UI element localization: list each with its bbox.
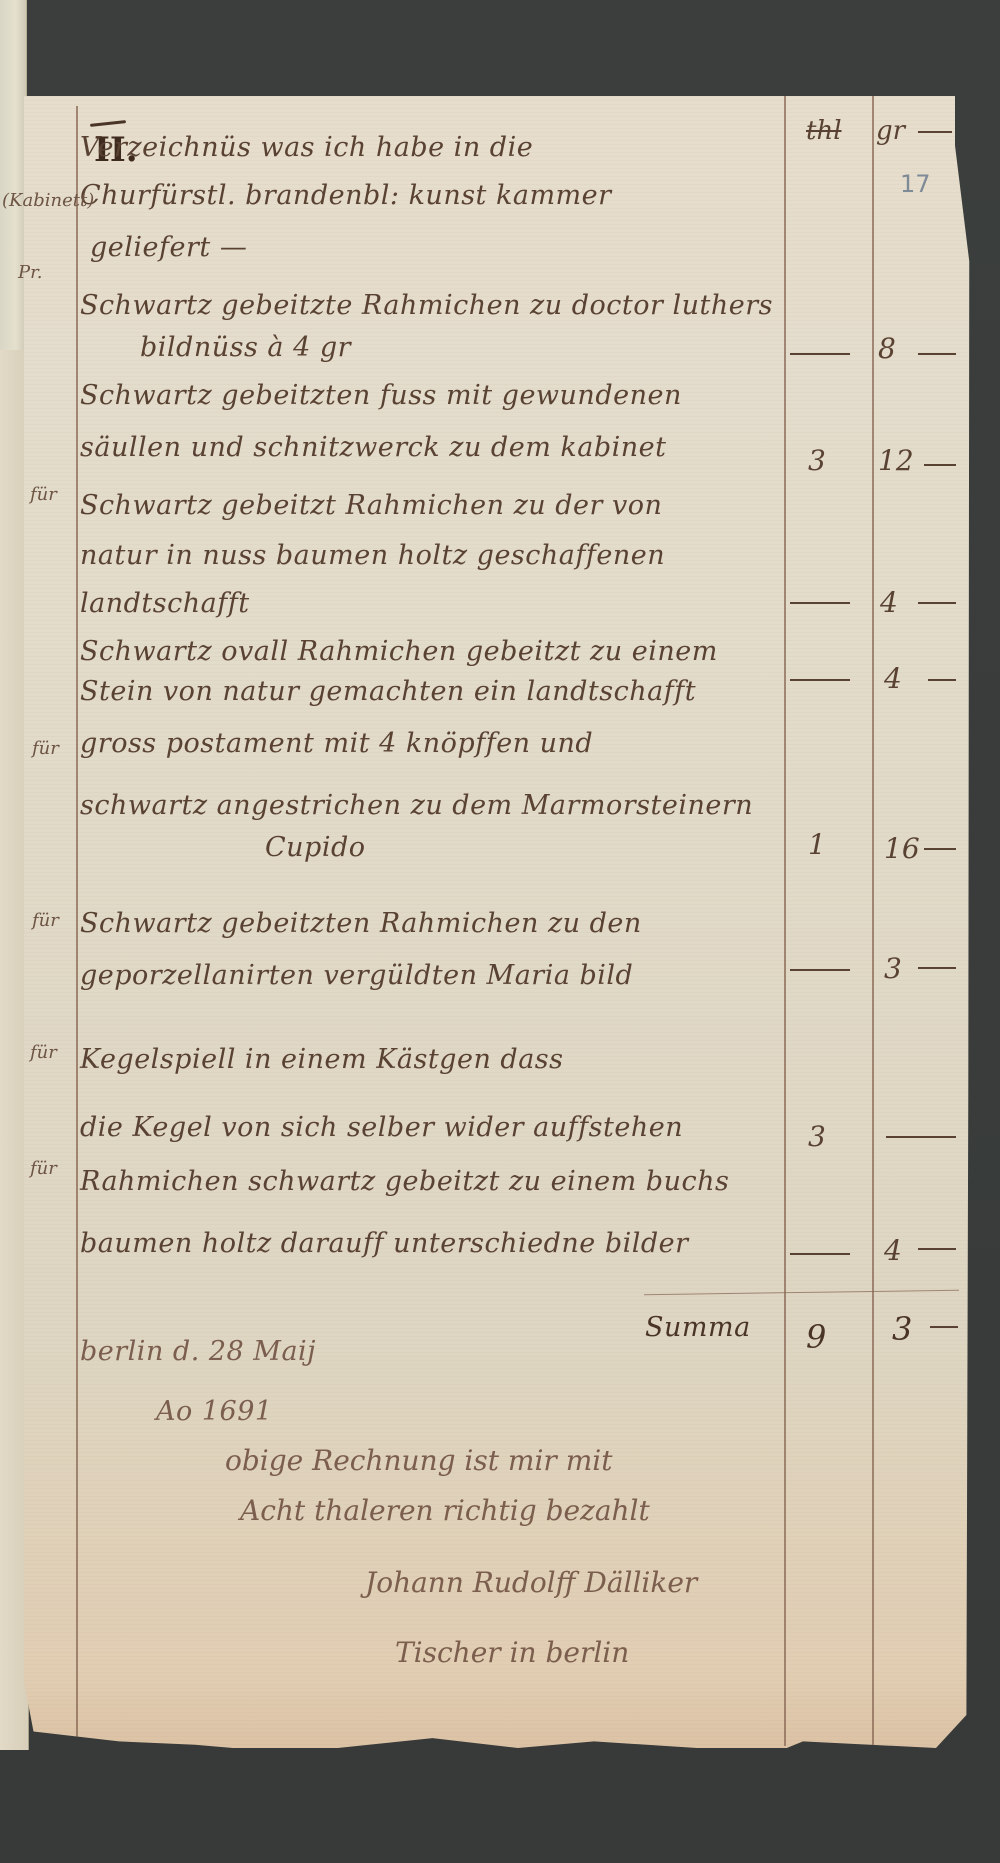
summa-groschen: 3 — [892, 1310, 912, 1348]
groschen-amount: 16 — [884, 832, 920, 865]
header-dash — [918, 131, 952, 133]
entry-line: Cupido — [265, 832, 366, 863]
entry-line: Schwartz gebeitzten Rahmichen zu den — [80, 908, 642, 939]
margin-note: für — [30, 1158, 57, 1179]
thaler-blank-dash — [790, 679, 850, 681]
thaler-blank-dash — [790, 353, 850, 355]
summa-thaler: 9 — [806, 1318, 826, 1356]
title-line: Churfürstl. brandenbl: kunst kammer — [80, 180, 612, 211]
groschen-amount: 4 — [884, 662, 902, 695]
amount-dash — [924, 464, 956, 466]
entry-line: säullen und schnitzwerck zu dem kabinet — [80, 432, 666, 463]
thaler-amount: 3 — [808, 444, 826, 477]
signature-name: Johann Rudolff Dälliker — [365, 1566, 697, 1599]
entry-line: natur in nuss baumen holtz geschaffenen — [80, 540, 665, 571]
entry-line: geporzellanirten vergüldten Maria bild — [80, 960, 633, 991]
amount-dash — [924, 848, 956, 850]
margin-note: Pr. — [18, 262, 42, 283]
entry-line: landtschafft — [80, 588, 250, 619]
groschen-amount: 3 — [884, 952, 902, 985]
groschen-amount: 12 — [878, 444, 914, 477]
margin-note: für — [32, 910, 59, 931]
pencil-page-number: 17 — [900, 170, 931, 198]
entry-line: Rahmichen schwartz gebeitzt zu einem buc… — [80, 1166, 729, 1197]
title-line: geliefert — — [90, 232, 247, 263]
groschen-amount: 4 — [880, 586, 898, 619]
entry-line: schwartz angestrichen zu dem Marmorstein… — [80, 790, 753, 821]
entry-line: baumen holtz darauff unterschiedne bilde… — [80, 1228, 689, 1259]
margin-note: (Kabinett) — [2, 190, 94, 211]
amount-dash — [918, 967, 956, 969]
groschen-amount: 4 — [884, 1234, 902, 1267]
amount-dash — [928, 679, 956, 681]
amount-dash — [918, 1248, 956, 1250]
thaler-blank-dash — [790, 1253, 850, 1255]
groschen-blank-dash — [886, 1136, 956, 1138]
groschen-amount: 8 — [878, 332, 896, 365]
amount-dash — [918, 602, 956, 604]
title-line: Verzeichnüs was ich habe in die — [80, 132, 533, 163]
entry-line: Schwartz gebeitzten fuss mit gewundenen — [80, 380, 682, 411]
amount-dash — [918, 353, 956, 355]
entry-line: Kegelspiell in einem Kästgen dass — [80, 1044, 564, 1075]
thaler-blank-dash — [790, 602, 850, 604]
margin-note: für — [30, 1042, 57, 1063]
groschen-column-rule — [872, 96, 874, 1746]
thaler-blank-dash — [790, 969, 850, 971]
entry-line: Schwartz gebeitzt Rahmichen zu der von — [80, 490, 662, 521]
header-thaler: thl — [806, 116, 842, 146]
amount-dash — [930, 1326, 958, 1328]
thaler-amount: 3 — [808, 1120, 826, 1153]
thaler-amount: 1 — [808, 828, 826, 861]
entry-line: Stein von natur gemachten ein landtschaf… — [80, 676, 696, 707]
entry-line: Schwartz gebeitzte Rahmichen zu doctor l… — [80, 290, 773, 321]
entry-line: bildnüss à 4 gr — [140, 332, 351, 363]
entry-line: Schwartz ovall Rahmichen gebeitzt zu ein… — [80, 636, 718, 667]
signature-title: Tischer in berlin — [395, 1636, 629, 1669]
dateline-place-date: berlin d. 28 Maij — [80, 1336, 316, 1367]
margin-note: für — [32, 738, 59, 759]
margin-note: für — [30, 484, 57, 505]
summa-label: Summa — [645, 1312, 751, 1343]
margin-rule — [76, 106, 78, 1746]
receipt-line: Acht thaleren richtig bezahlt — [240, 1494, 650, 1527]
entry-line: gross postament mit 4 knöpffen und — [80, 728, 593, 759]
entry-line: die Kegel von sich selber wider auffsteh… — [80, 1112, 683, 1143]
dateline-year: Ao 1691 — [156, 1396, 273, 1427]
receipt-line: obige Rechnung ist mir mit — [225, 1444, 612, 1477]
header-groschen: gr — [876, 116, 905, 146]
summa-rule — [644, 1290, 959, 1295]
thaler-column-rule — [784, 96, 786, 1746]
